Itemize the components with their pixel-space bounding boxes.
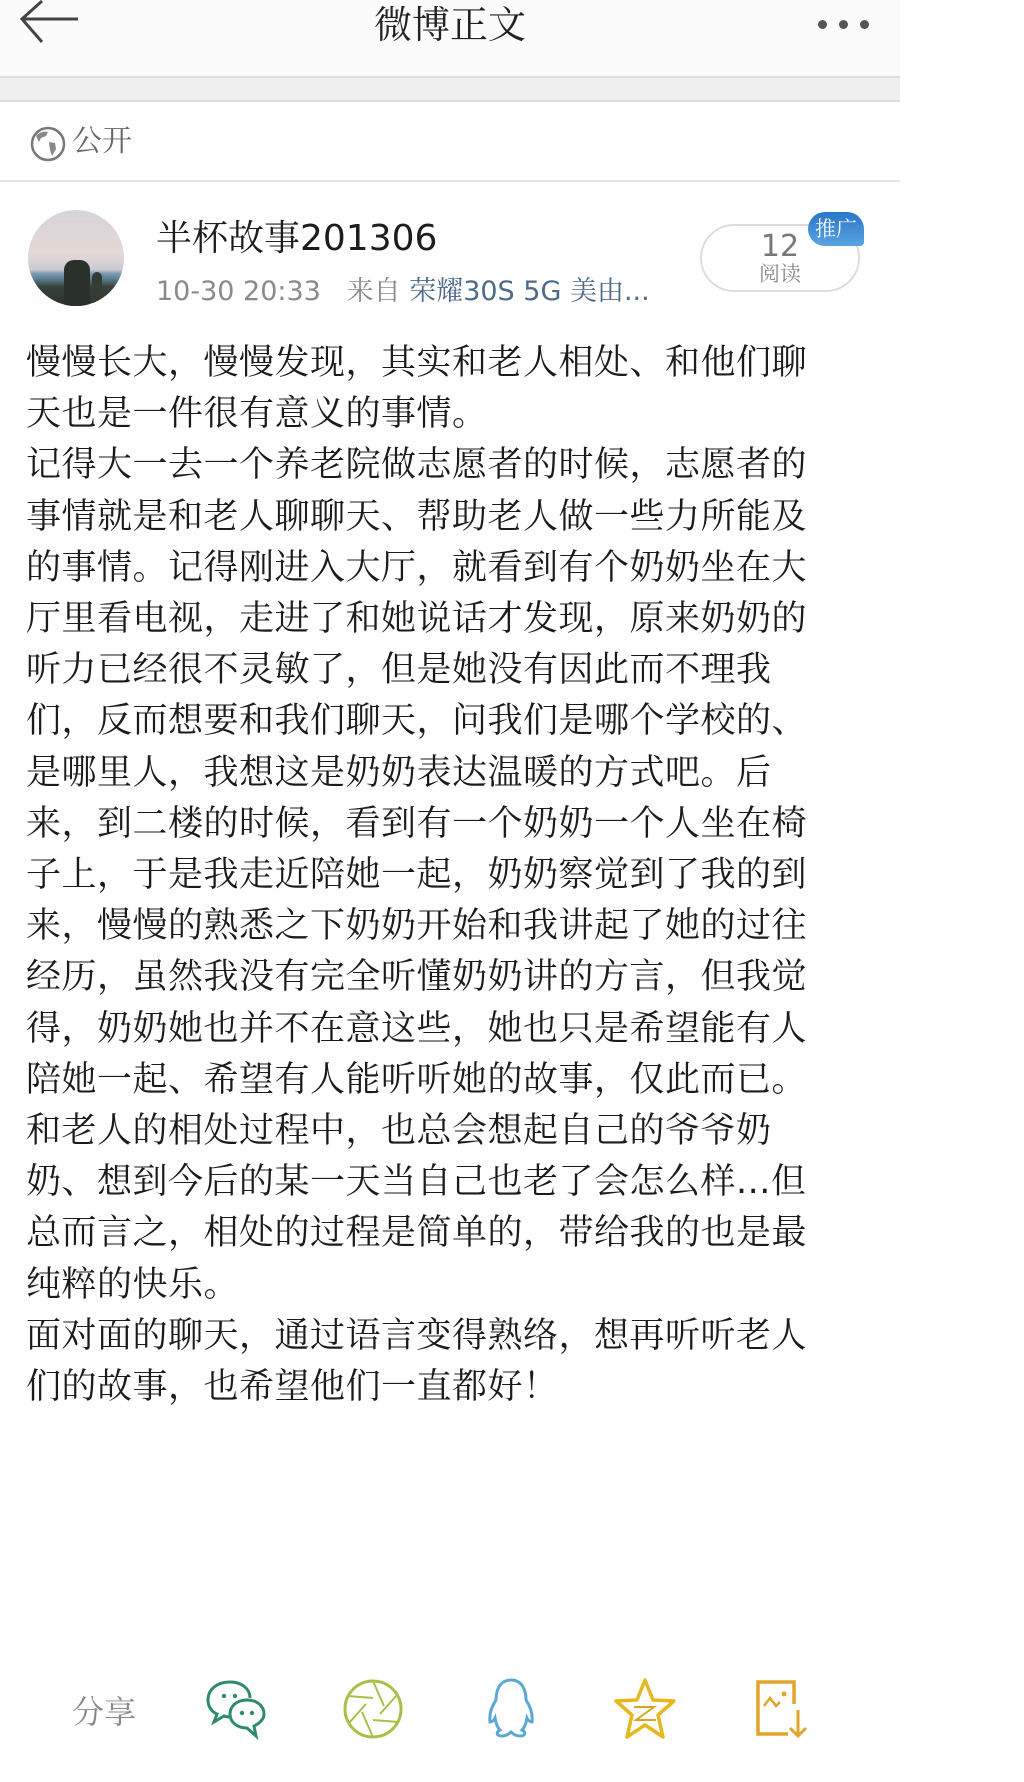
avatar-image [64,260,90,306]
wechat-icon[interactable] [204,1676,270,1742]
navbar: 微博正文 [0,0,900,76]
save-image-icon[interactable] [748,1676,814,1742]
post-line: 子上，于是我走近陪她一起，奶奶察觉到了我的到 [26,850,866,901]
post-timestamp: 10-30 20:33 [156,276,321,307]
visibility-row: 公开 [0,102,900,182]
post-line: 纯粹的快乐。 [26,1260,866,1311]
qq-penguin-icon[interactable] [478,1676,544,1742]
post-line: 天也是一件很有意义的事情。 [26,389,866,440]
camera-aperture-icon[interactable] [340,1676,406,1742]
qzone-star-icon[interactable] [612,1676,678,1742]
header-divider [0,76,900,102]
post-line: 记得大一去一个养老院做志愿者的时候，志愿者的 [26,440,866,491]
post-line: 听力已经很不灵敏了，但是她没有因此而不理我 [26,645,866,696]
more-dots-icon [818,20,827,29]
post-line: 总而言之，相处的过程是简单的，带给我的也是最 [26,1208,866,1259]
post-line: 的事情。记得刚进入大厅，就看到有个奶奶坐在大 [26,543,866,594]
post-line: 们，反而想要和我们聊天，问我们是哪个学校的、 [26,696,866,747]
post-meta: 10-30 20:33 来自 荣耀30S 5G 美由... [156,274,650,310]
post-content: 慢慢长大，慢慢发现，其实和老人相处、和他们聊 天也是一件很有意义的事情。 记得大… [26,338,866,1413]
more-dots-icon [839,20,848,29]
globe-icon [30,126,66,162]
avatar[interactable] [28,210,124,306]
author-name[interactable]: 半杯故事201306 [156,216,437,262]
read-label: 阅读 [702,262,858,286]
post-line: 面对面的聊天，通过语言变得熟络，想再听听老人 [26,1311,866,1362]
author-header: 半杯故事201306 10-30 20:33 来自 荣耀30S 5G 美由...… [0,182,900,332]
post-line: 厅里看电视，走进了和她说话才发现，原来奶奶的 [26,594,866,645]
weibo-post-page: 微博正文 公开 半杯故事201306 10-30 20:33 来自 荣耀30S … [0,0,900,1782]
share-label: 分享 [72,1690,136,1734]
post-line: 慢慢长大，慢慢发现，其实和老人相处、和他们聊 [26,338,866,389]
from-label: 来自 [347,276,401,307]
post-line: 奶、想到今后的某一天当自己也老了会怎么样...但 [26,1157,866,1208]
post-line: 陪她一起、希望有人能听听她的故事，仅此而已。 [26,1055,866,1106]
more-dots-icon [860,20,869,29]
visibility-label: 公开 [72,118,132,166]
avatar-image-detail [92,272,102,306]
more-options-button[interactable] [808,6,878,42]
post-line: 是哪里人，我想这是奶奶表达温暖的方式吧。后 [26,748,866,799]
post-line: 来，慢慢的熟悉之下奶奶开始和我讲起了她的过往 [26,901,866,952]
post-source-device[interactable]: 荣耀30S 5G 美由... [409,276,650,307]
page-title: 微博正文 [0,0,900,50]
post-line: 经历，虽然我没有完全听懂奶奶讲的方言，但我觉 [26,952,866,1003]
post-line: 们的故事，也希望他们一直都好！ [26,1362,866,1413]
promote-badge[interactable]: 推广 [808,212,864,246]
post-line: 来，到二楼的时候，看到有一个奶奶一个人坐在椅 [26,799,866,850]
post-line: 和老人的相处过程中，也总会想起自己的爷爷奶 [26,1106,866,1157]
share-bar: 分享 [0,1660,900,1760]
post-line: 事情就是和老人聊聊天、帮助老人做一些力所能及 [26,492,866,543]
post-line: 得，奶奶她也并不在意这些，她也只是希望能有人 [26,1004,866,1055]
